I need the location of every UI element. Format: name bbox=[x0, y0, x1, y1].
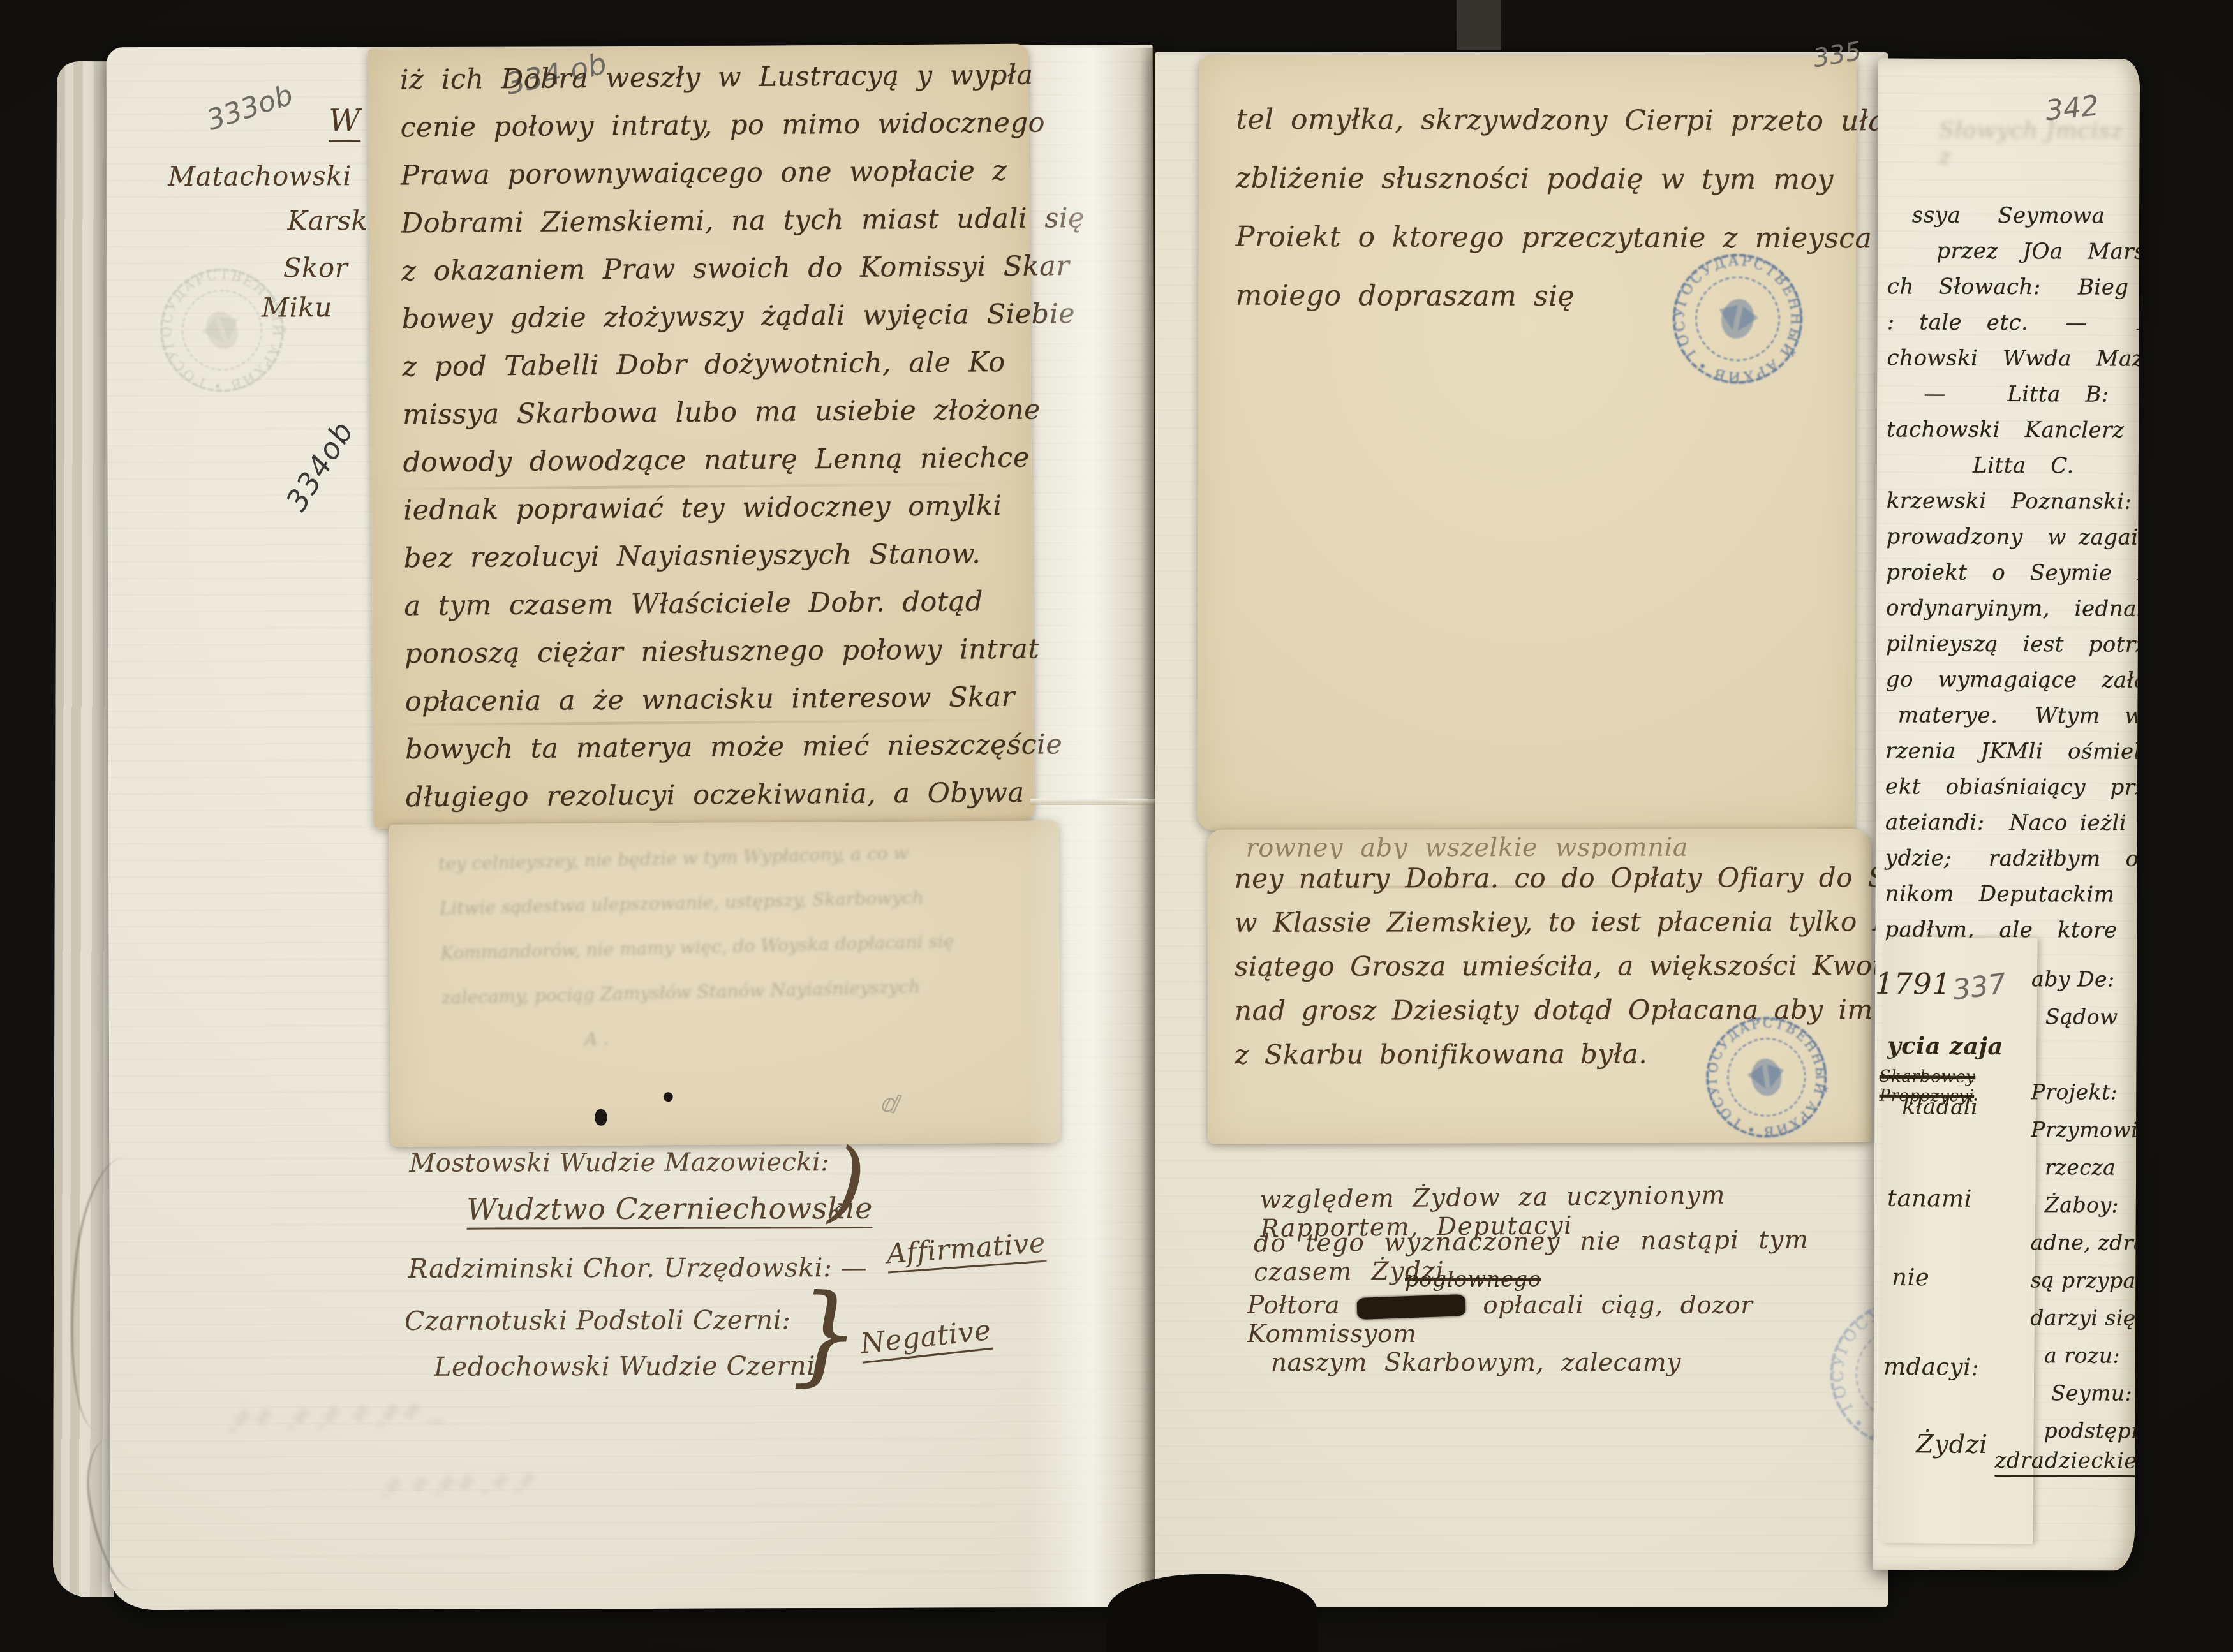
pasted-mid-leaf: rowney aby wszelkie wspomnia ney natury … bbox=[1208, 829, 1872, 1144]
handwritten-line: proiekt o Seymie Kon: bbox=[1886, 554, 2135, 591]
print-bleedthrough-block: tey celnieyszey, nie będzie w tym Wypłac… bbox=[438, 829, 1017, 1065]
handwritten-line: przez JOa Marszałka bbox=[1887, 233, 2136, 269]
leaf337-fragment: Żydzi bbox=[1916, 1429, 1988, 1459]
bottom-line-3: Połtora opłacali ciąg, dozor Kommissyom bbox=[1247, 1291, 1888, 1348]
leaf337-fragment: tanami bbox=[1887, 1184, 1972, 1213]
left-page: 333ob W Matachowski Karski Skor Miku ГОС… bbox=[107, 45, 1157, 1610]
scanner-tab-artifact bbox=[1457, 0, 1501, 50]
handwritten-line: bowey gdzie złożywszy żądali wyięcia Sie… bbox=[402, 291, 1025, 344]
pasted-letter-leaf-335: 335 tel omyłka, skrzywdzony Cierpi przet… bbox=[1197, 55, 1856, 832]
handwritten-line: cenie połowy intraty, po mimo widocznego bbox=[400, 100, 1023, 152]
ink-bleedthrough-smudge: ꞈꞈ∿∿ꞈ∿ ∿ꞈ∿ꞈ ∿∿ꞈ bbox=[225, 1395, 442, 1433]
vote-entry-2-name: Czarnotuski Podstoli Czerni: bbox=[404, 1304, 791, 1336]
pencil-folio-number-335: 335 bbox=[1811, 36, 1864, 73]
grouping-brace: } bbox=[791, 1271, 861, 1398]
handwritten-line: zbliżenie słuszności podaię w tym moy bbox=[1236, 149, 1829, 209]
ink-dot bbox=[595, 1109, 607, 1126]
handwritten-line: rzenia JKMli ośmielam bbox=[1885, 733, 2134, 769]
handwritten-line: ponoszą ciężar niesłusznego połowy intra… bbox=[404, 626, 1027, 679]
handwritten-line: tachowski Kanclerz bbox=[1887, 411, 2135, 448]
handwritten-line: w Klassie Ziemskiey, to iest płacenia ty… bbox=[1235, 899, 1850, 945]
handwritten-line: ordynaryinym, iednak bbox=[1886, 590, 2135, 626]
handwritten-line: missya Skarbowa lubo ma usiebie złożone bbox=[403, 387, 1025, 439]
handwritten-line: ch Słowach: Bieg bbox=[1887, 269, 2136, 305]
handwritten-line: Litta C. bbox=[1887, 447, 2135, 483]
handwritten-line: ateiandi: Naco ieżli zgoda bbox=[1885, 804, 2134, 841]
pencil-folio-number-337: 337 bbox=[1951, 968, 2008, 1007]
handwritten-line: podstępne bbox=[2030, 1412, 2139, 1450]
ink-dot bbox=[664, 1092, 673, 1102]
handwritten-line: iż ich Dobra weszły w Lustracyą y wypła bbox=[400, 52, 1023, 105]
handwritten-line: bez rezolucyi Nayiasnieyszych Stanow. bbox=[404, 530, 1027, 583]
handwritten-line: Prawa porownywaiącego one wopłacie z bbox=[401, 147, 1023, 200]
handwritten-line: materye. Wtym widoku bbox=[1885, 697, 2134, 734]
handwritten-line: rzecza bbox=[2031, 1148, 2139, 1186]
ink-bleedthrough-smudge: ∿ꞈ∿ ꞈ∿∿ꞈ∿ ∿ꞈ bbox=[378, 1466, 539, 1498]
handwritten-line: Żaboy: bbox=[2031, 1186, 2139, 1224]
handwritten-line: iednak poprawiać tey widoczney omylki bbox=[403, 482, 1026, 535]
handwritten-line: z pod Tabelli Dobr dożywotnich, ale Ko bbox=[402, 339, 1025, 392]
vote-entry-23-result: Negative bbox=[859, 1314, 993, 1361]
handwritten-line: są przypad: bbox=[2030, 1261, 2139, 1299]
handwritten-line: tel omyłka, skrzywdzony Cierpi przeto uł… bbox=[1236, 91, 1829, 151]
handwritten-line: opłacenia a że wnacisku interesow Skar bbox=[404, 674, 1027, 726]
column-text-block: ssya Seymowa przez JOa Marszałkach Słowa… bbox=[1885, 197, 2136, 948]
right-column-page-342: 342 Słowych Jmcisz z ssya Seymowa przez … bbox=[1873, 58, 2140, 1570]
blue-archive-stamp: ГОСУДАРСТВЕННЫЙ АРХИВ • ГОСУДАРСТВЕННЫЙ … bbox=[1696, 1007, 1837, 1148]
handwritten-line: Seymu: bbox=[2030, 1374, 2139, 1412]
pasted-letter-leaf-334: 334 ob iż ich Dobra weszły w Lustracyą y… bbox=[368, 44, 1035, 829]
handwritten-line: Przymowił bbox=[2031, 1110, 2139, 1149]
line3-start: Połtora bbox=[1247, 1291, 1340, 1320]
faint-archive-stamp: ГОСУДАРСТВЕННЫЙ АРХИВ • ГОСУДАРСТВЕННЫЙ … bbox=[140, 248, 304, 412]
year-fragment: 1791 bbox=[1875, 966, 1951, 1001]
vote-entry-3-name: Ledochowski Wudzie Czerni: bbox=[434, 1350, 824, 1382]
under-page-name-3: Skor bbox=[283, 252, 348, 283]
handwritten-line: — Litta B: bbox=[1887, 376, 2135, 412]
under-page-heading: W bbox=[329, 103, 360, 138]
right-page: 335 tel omyłka, skrzywdzony Cierpi przet… bbox=[1155, 52, 1888, 1607]
leaf337-fragment: mdacyi: bbox=[1883, 1353, 1980, 1381]
leaf337-fragment: kładali bbox=[1902, 1094, 1978, 1120]
handwritten-line: darzyi się bbox=[2030, 1299, 2139, 1337]
votes-header-line: Mostowski Wudzie Mazowiecki: bbox=[409, 1147, 829, 1178]
handwritten-line: ydzie; radziłbym ozna: bbox=[1885, 840, 2134, 876]
handwritten-line: dowody dowodzące naturę Lenną niechce bbox=[403, 434, 1025, 487]
blue-archive-stamp: ГОСУДАРСТВЕННЫЙ АРХИВ • ГОСУДАРСТВЕННЫЙ … bbox=[1658, 239, 1817, 398]
column-fragment-block: aby De: Sądow Projekt:Przymowił rzecza Ż… bbox=[2030, 960, 2140, 1450]
handwritten-line: a tym czasem Właściciele Dobr. dotąd bbox=[404, 578, 1027, 631]
handwritten-line: z okazaniem Praw swoich do Komissyi Skar bbox=[401, 243, 1024, 296]
handwritten-line: Sądow bbox=[2031, 998, 2140, 1036]
pencil-folio-number-top-left: 333ob bbox=[203, 78, 297, 137]
vote-entry-1-result: Affirmative bbox=[886, 1227, 1046, 1271]
handwritten-line: aby De: bbox=[2031, 960, 2140, 998]
inserted-word-crossed: pogłownego bbox=[1405, 1267, 1541, 1292]
gutter-bottom-notch bbox=[1107, 1574, 1317, 1652]
handwritten-line: Projekt: bbox=[2031, 1073, 2139, 1111]
handwritten-line: długiego rezolucyi oczekiwania, a Obywa bbox=[406, 769, 1028, 822]
handwritten-line: adne, zdra: bbox=[2031, 1223, 2139, 1262]
handwritten-line: krzewski Poznanski: bbox=[1887, 483, 2135, 519]
handwritten-line: a rozu: bbox=[2030, 1336, 2139, 1375]
handwritten-line: ney natury Dobra. co do Opłaty Ofiary do… bbox=[1235, 855, 1850, 901]
pasted-print-leaf: tey celnieyszey, nie będzie w tym Wypłac… bbox=[389, 820, 1060, 1146]
leaf337-fragment: nie bbox=[1892, 1264, 1929, 1291]
handwritten-line: bowych ta materya może mieć nieszczęście bbox=[405, 721, 1028, 774]
ink-blot-strikeout bbox=[1357, 1294, 1466, 1320]
ghost-bleed-line: Słowych Jmcisz z bbox=[1939, 117, 2140, 170]
votes-section-heading: Wudztwo Czerniechowskie bbox=[466, 1191, 873, 1227]
archival-scan: 333ob W Matachowski Karski Skor Miku ГОС… bbox=[0, 0, 2233, 1652]
letter-text-block: iż ich Dobra weszły w Lustracyą y wypłac… bbox=[400, 52, 1028, 822]
bottom-line-2: do tego wyznaczoney nie nastąpi tym czas… bbox=[1254, 1225, 1889, 1287]
bottom-line-4: naszym Skarbowym, zalecamy bbox=[1271, 1348, 1681, 1377]
under-page-name-1: Matachowski bbox=[168, 160, 352, 192]
handwritten-line: prowadzony w zagaieniu bbox=[1886, 519, 2135, 555]
handwritten-line: ssya Seymowa bbox=[1887, 197, 2136, 233]
underlined-final-word: zdradzieckie bbox=[1994, 1448, 2137, 1474]
handwritten-line: chowski Wwda Mazo: bbox=[1887, 340, 2135, 376]
leaf337-fragment: ycia zaja bbox=[1887, 1031, 2003, 1060]
pencil-squiggle: ⅆ bbox=[879, 1088, 903, 1120]
handwritten-line bbox=[2031, 1035, 2140, 1073]
print-bleed-lines: tey celnieyszey, nie będzie w tym Wypłac… bbox=[438, 829, 1017, 1065]
handwritten-line: Dobrami Ziemskiemi, na tych miast udali … bbox=[401, 195, 1023, 248]
handwritten-line: ekt obiaśniaiący przo: bbox=[1885, 769, 2134, 805]
under-page-name-2: Karski bbox=[287, 205, 376, 236]
handwritten-line: : tale etc. — Litta A. bbox=[1887, 304, 2136, 341]
handwritten-line: siątego Grosza umieściła, a większości K… bbox=[1235, 943, 1850, 989]
handwritten-line: go wymagaiące zała: bbox=[1886, 661, 2135, 698]
handwritten-line: pilnieyszą iest potrzeba bbox=[1886, 626, 2135, 662]
handwritten-line: nikom Deputackim w bbox=[1885, 876, 2133, 912]
pencil-folio-number-sideways: 334ob bbox=[279, 415, 360, 517]
